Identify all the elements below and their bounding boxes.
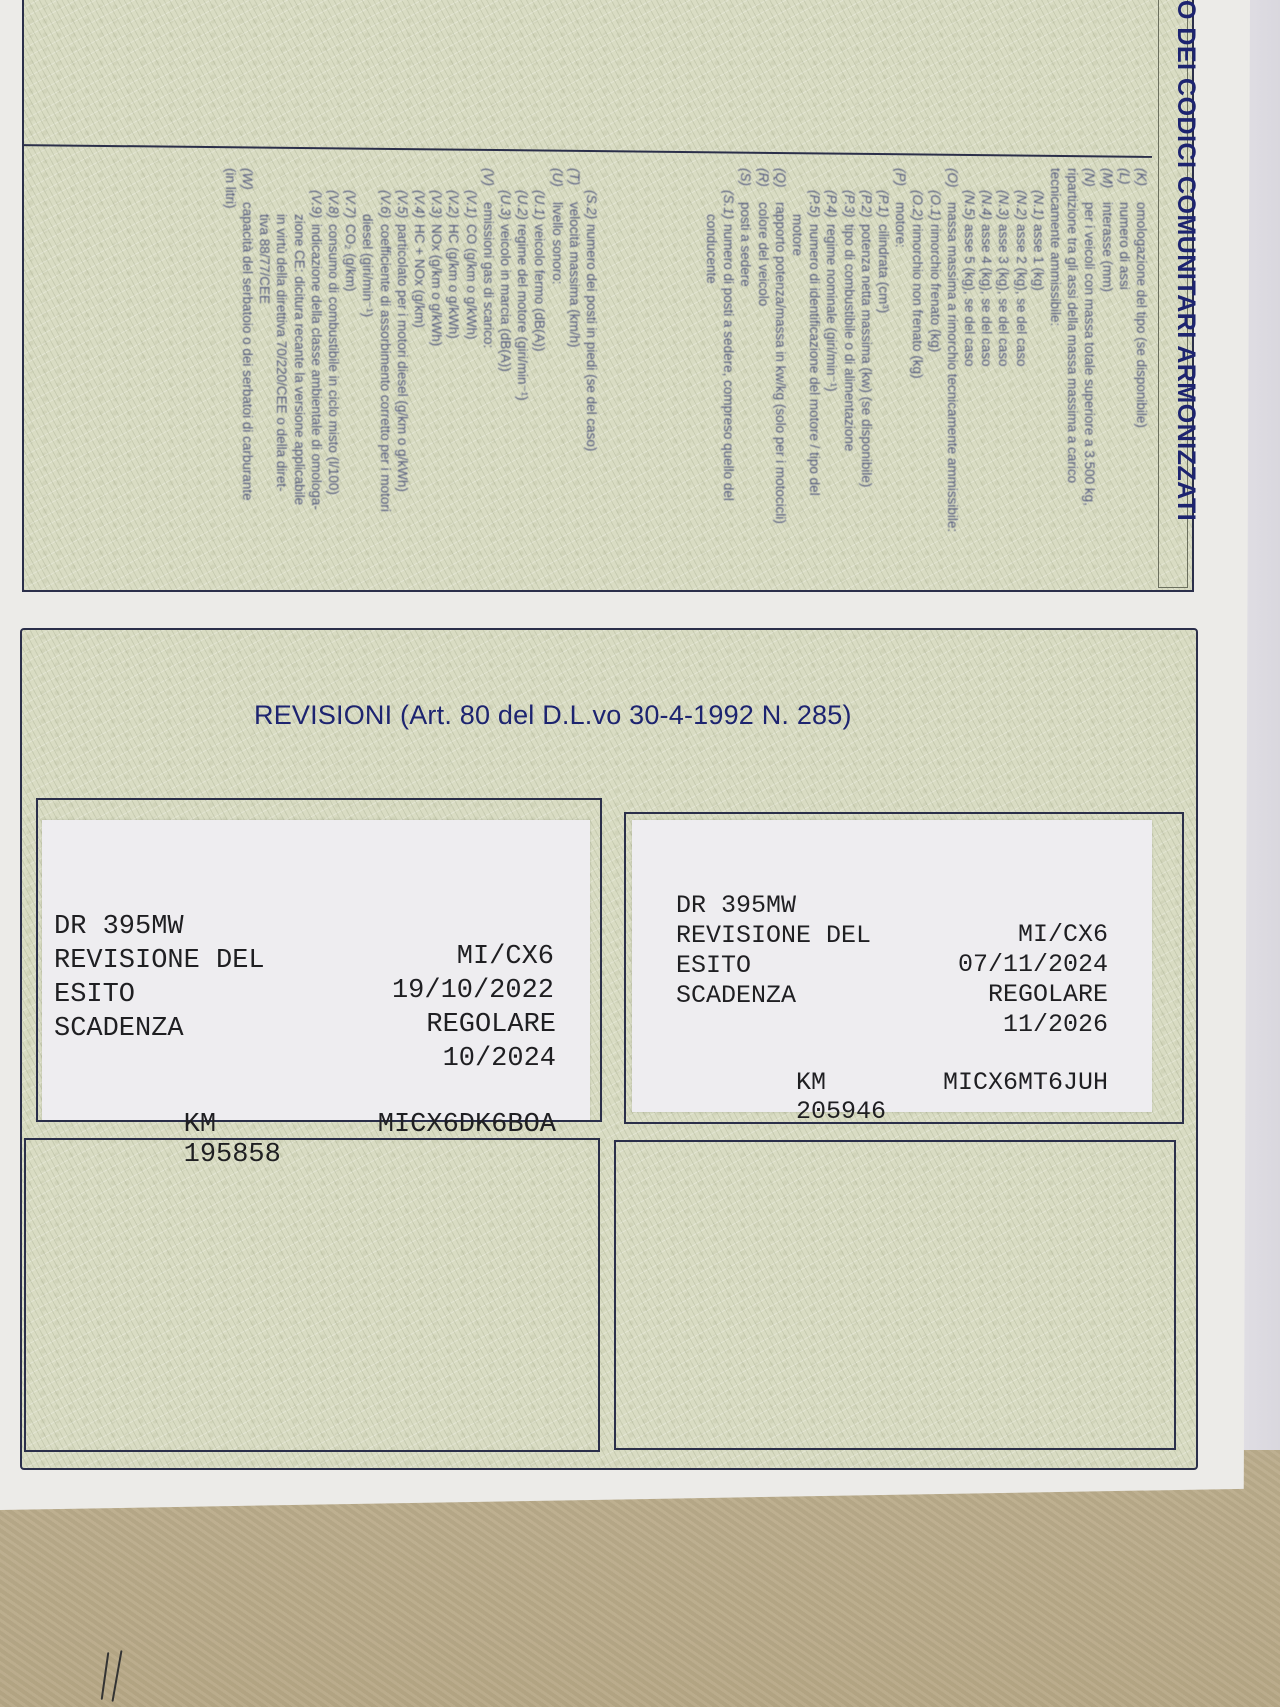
legend-text: tecnicamente ammissibile: bbox=[1048, 168, 1063, 326]
legend-text: zione CE: dicitura recante la versione a… bbox=[292, 214, 307, 505]
legend-code: (V.3) bbox=[428, 190, 445, 224]
scadenza-label: SCADENZA bbox=[676, 981, 796, 1010]
legend-code: (V.1) bbox=[462, 190, 479, 224]
legend-entry: (N.4) asse 4 (kg), se del caso bbox=[978, 168, 995, 532]
legend-code: (S.1) bbox=[720, 190, 737, 224]
legend-code: (N.1) bbox=[1030, 190, 1047, 224]
km-reading: KM 195858 bbox=[54, 1080, 281, 1200]
legend-code: (O.1) bbox=[926, 190, 943, 224]
legend-entry: tiva 88/77/CEE bbox=[256, 168, 273, 512]
legend-entry: (O) massa massima a rimorchio tecnicamen… bbox=[944, 168, 961, 532]
legend-entry: (S.2) numero dei posti in piedi (se del … bbox=[583, 168, 600, 512]
legend-text: asse 3 (kg), se del caso bbox=[996, 224, 1011, 367]
legend-code: (P.5) bbox=[806, 190, 823, 224]
revision-sticker-1: DR 395MW MI/CX6 REVISIONE DEL 19/10/2022… bbox=[42, 820, 590, 1120]
km-reading: KM 205946 bbox=[676, 1039, 886, 1155]
legend-code: (P.3) bbox=[840, 190, 857, 224]
legend-entry: in virtù della direttiva 70/220/CEE o de… bbox=[273, 168, 290, 512]
legend-text: diesel (giri/min⁻¹) bbox=[360, 214, 375, 317]
legend-code: (V.2) bbox=[445, 190, 462, 224]
legend-text: asse 2 (kg), se del caso bbox=[1014, 224, 1029, 367]
legend-entry: (V.7) CO₂ (g/km) bbox=[342, 168, 359, 512]
legend-code: (U) bbox=[548, 168, 565, 202]
legend-entry: (O.2) rimorchio non frenato (kg) bbox=[909, 168, 926, 532]
legend-code: (P.1) bbox=[875, 190, 892, 224]
legend-text: numero di posti a sedere, compreso quell… bbox=[721, 224, 736, 501]
legend-entry: (S) posti a sedere bbox=[737, 168, 754, 532]
legend-entry: (V.2) HC (g/km o g/kWh) bbox=[445, 168, 462, 512]
legend-text: particolato per i motori diesel (g/km o … bbox=[395, 224, 410, 492]
legend-entry: (Q) rapporto potenza/massa in kw/kg (sol… bbox=[772, 168, 789, 532]
legend-text: regime del motore (giri/min⁻¹) bbox=[515, 224, 530, 401]
legend-entry: (U.3) veicolo in marcia (dB(A)) bbox=[497, 168, 514, 512]
legend-code: (O) bbox=[944, 168, 961, 202]
legend-entry: (V) emissioni gas di scarico: bbox=[480, 168, 497, 512]
legend-entry: ripartizione tra gli assi della massa ma… bbox=[1064, 168, 1081, 532]
legend-text: HC (g/km o g/kWh) bbox=[446, 224, 461, 339]
revision-code: MICX6DK6BOA bbox=[378, 1110, 556, 1140]
legend-text: capacità del serbatoio o dei serbatoi di… bbox=[240, 202, 255, 501]
legend-code: (P) bbox=[892, 168, 909, 202]
scadenza-label: SCADENZA bbox=[54, 1014, 184, 1044]
legend-code: (V.5) bbox=[394, 190, 411, 224]
legend-code: (W) bbox=[239, 168, 256, 202]
legend-entry: (V.9) indicazione della classe ambiental… bbox=[308, 168, 325, 512]
legend-entry: (K) omologazione del tipo (se disponibil… bbox=[1133, 168, 1150, 532]
legend-code: (O.2) bbox=[909, 190, 926, 224]
legend-code: (V.6) bbox=[376, 190, 393, 224]
legend-entry: (U.2) regime del motore (giri/min⁻¹) bbox=[514, 168, 531, 512]
legend-entry: (P.1) cilindrata (cm³) bbox=[875, 168, 892, 532]
legend-text: motore: bbox=[893, 202, 908, 248]
legend-text: numero dei posti in piedi (se del caso) bbox=[584, 224, 599, 451]
legend-code: (P.4) bbox=[823, 190, 840, 224]
legend-text: numero di assi bbox=[1117, 202, 1132, 290]
legend-text: veicolo fermo (dB(A)) bbox=[532, 224, 547, 352]
km-value: 195858 bbox=[184, 1140, 281, 1170]
legend-code: (M) bbox=[1098, 168, 1115, 202]
legend-column-1: (K) omologazione del tipo (se disponibil… bbox=[703, 168, 1150, 532]
legend-entry: (N) per i veicoli con massa totale super… bbox=[1081, 168, 1098, 532]
legend-code: (S) bbox=[737, 168, 754, 202]
legend-entry: (V.6) coefficiente di assorbimento corre… bbox=[376, 168, 393, 512]
legend-entry: (V.3) NOx (g/km o g/kWh) bbox=[428, 168, 445, 512]
legend-title: O DEI CODICI COMUNITARI ARMONIZZATI bbox=[1171, 0, 1200, 521]
legend-code: (N.3) bbox=[995, 190, 1012, 224]
legend-code: (K) bbox=[1133, 168, 1150, 202]
revisioni-title: REVISIONI (Art. 80 del D.L.vo 30-4-1992 … bbox=[254, 700, 852, 731]
legend-entry: (P.3) tipo di combustibile o di alimenta… bbox=[840, 168, 857, 532]
legend-text: asse 1 (kg) bbox=[1031, 224, 1046, 291]
legend-text: motore bbox=[790, 214, 805, 256]
legend-entry: (R) colore del veicolo bbox=[754, 168, 771, 532]
legend-entry: (N.3) asse 3 (kg), se del caso bbox=[995, 168, 1012, 532]
legend-entry: (in litri) bbox=[222, 168, 239, 512]
legend-code: (P.2) bbox=[858, 190, 875, 224]
legend-entry: motore bbox=[789, 168, 806, 532]
legend-code: (V.4) bbox=[411, 190, 428, 224]
legend-column-2: (S.2) numero dei posti in piedi (se del … bbox=[222, 168, 600, 512]
legend-entry: (P.2) potenza netta massima (kw) (se dis… bbox=[858, 168, 875, 532]
legend-entry: (W) capacità del serbatoio o dei serbato… bbox=[239, 168, 256, 512]
legend-entry: (O.1) rimorchio frenato (kg) bbox=[926, 168, 943, 532]
legend-entry: (V.4) HC + NOx (g/km) bbox=[411, 168, 428, 512]
legend-text: in virtù della direttiva 70/220/CEE o de… bbox=[274, 214, 289, 492]
legend-code: (V.8) bbox=[325, 190, 342, 224]
legend-entry: conducente bbox=[703, 168, 720, 532]
legend-text: omologazione del tipo (se disponibile) bbox=[1134, 202, 1149, 428]
legend-text: potenza netta massima (kw) (se disponibi… bbox=[859, 224, 874, 487]
legend-code: (T) bbox=[566, 168, 583, 202]
legend-text: HC + NOx (g/km) bbox=[412, 224, 427, 328]
legend-text: colore del veicolo bbox=[756, 202, 771, 306]
legend-text: regime nominale (giri/min⁻¹) bbox=[824, 224, 839, 392]
legend-entry: tecnicamente ammissibile: bbox=[1047, 168, 1064, 532]
legend-code: (L) bbox=[1116, 168, 1133, 202]
legend-text: emissioni gas di scarico: bbox=[481, 202, 496, 348]
legend-code: (S.2) bbox=[583, 190, 600, 224]
legend-entry: (P) motore: bbox=[892, 168, 909, 532]
legend-entry: (U) livello sonoro: bbox=[548, 168, 565, 512]
legend-text: NOx (g/km o g/kWh) bbox=[429, 224, 444, 346]
legend-text: tiva 88/77/CEE bbox=[257, 214, 272, 304]
legend-entry: (L) numero di assi bbox=[1116, 168, 1133, 532]
legend-text: conducente bbox=[704, 214, 719, 284]
legend-text: posti a sedere bbox=[738, 202, 753, 287]
legend-text: consumo di combustibile in ciclo misto (… bbox=[326, 224, 341, 495]
legend-code: (N.4) bbox=[978, 190, 995, 224]
registration-document: O DEI CODICI COMUNITARI ARMONIZZATI (K) … bbox=[0, 0, 1250, 1510]
legend-text: CO₂ (g/km) bbox=[343, 224, 358, 292]
legend-text: tipo di combustibile o di alimentazione bbox=[842, 224, 857, 451]
legend-text: veicolo in marcia (dB(A)) bbox=[498, 224, 513, 372]
legend-entry: (P.4) regime nominale (giri/min⁻¹) bbox=[823, 168, 840, 532]
legend-entry: diesel (giri/min⁻¹) bbox=[359, 168, 376, 512]
legend-text: rapporto potenza/massa in kw/kg (solo pe… bbox=[773, 202, 788, 524]
legend-text: cilindrata (cm³) bbox=[876, 224, 891, 313]
legend-entry: (V.5) particolato per i motori diesel (g… bbox=[394, 168, 411, 512]
km-label: KM bbox=[796, 1068, 826, 1097]
legend-code: (V.9) bbox=[308, 190, 325, 224]
legend-entry: (N.5) asse 5 (kg), se del caso bbox=[961, 168, 978, 532]
esito-value: REGOLARE bbox=[988, 980, 1108, 1009]
km-value: 205946 bbox=[796, 1097, 886, 1126]
km-label: KM bbox=[184, 1110, 216, 1140]
legend-text: livello sonoro: bbox=[550, 202, 565, 285]
legend-entry: (S.1) numero di posti a sedere, compreso… bbox=[720, 168, 737, 532]
legend-text: asse 4 (kg), se del caso bbox=[979, 224, 994, 367]
legend-text: coefficiente di assorbimento corretto pe… bbox=[378, 224, 393, 512]
legend-code: (U.1) bbox=[531, 190, 548, 224]
legend-code: (R) bbox=[754, 168, 771, 202]
legend-code: (V) bbox=[480, 168, 497, 202]
legend-code: (N.2) bbox=[1012, 190, 1029, 224]
legend-text: per i veicoli con massa totale superiore… bbox=[1082, 202, 1097, 506]
legend-entry: (V.1) CO (g/km o g/kWh) bbox=[462, 168, 479, 512]
legend-entry: (V.8) consumo di combustibile in ciclo m… bbox=[325, 168, 342, 512]
legend-text: asse 5 (kg), se del caso bbox=[962, 224, 977, 367]
revision-slot-4 bbox=[614, 1140, 1176, 1450]
legend-text: velocità massima (km/h) bbox=[567, 202, 582, 348]
legend-code: (V.7) bbox=[342, 190, 359, 224]
legend-text: interasse (mm) bbox=[1100, 202, 1115, 292]
revision-sticker-2: DR 395MW MI/CX6 REVISIONE DEL 07/11/2024… bbox=[632, 820, 1152, 1112]
legend-text: indicazione della classe ambientale di o… bbox=[309, 224, 324, 510]
legend-code: (U.3) bbox=[497, 190, 514, 224]
legend-entry: zione CE: dicitura recante la versione a… bbox=[290, 168, 307, 512]
legend-code: (Q) bbox=[772, 168, 789, 202]
revision-code: MICX6MT6JUH bbox=[943, 1068, 1108, 1097]
legend-text: massa massima a rimorchio tecnicamente a… bbox=[945, 202, 960, 532]
legend-text: CO (g/km o g/kWh) bbox=[464, 224, 479, 340]
legend-entry: (N.2) asse 2 (kg), se del caso bbox=[1012, 168, 1029, 532]
legend-entry: (T) velocità massima (km/h) bbox=[566, 168, 583, 512]
legend-code: (N) bbox=[1081, 168, 1098, 202]
legend-code: (U.2) bbox=[514, 190, 531, 224]
legend-entry: (U.1) veicolo fermo (dB(A)) bbox=[531, 168, 548, 512]
legend-entry: (P.5) numero di identificazione del moto… bbox=[806, 168, 823, 532]
legend-text: ripartizione tra gli assi della massa ma… bbox=[1065, 168, 1080, 483]
legend-text: rimorchio frenato (kg) bbox=[928, 224, 943, 352]
legend-code: (N.5) bbox=[961, 190, 978, 224]
legend-text: numero di identificazione del motore / t… bbox=[807, 224, 822, 496]
legend-text: (in litri) bbox=[223, 168, 238, 209]
legend-text: rimorchio non frenato (kg) bbox=[910, 224, 925, 379]
legend-entry: (M) interasse (mm) bbox=[1098, 168, 1115, 532]
legend-entry: (N.1) asse 1 (kg) bbox=[1030, 168, 1047, 532]
